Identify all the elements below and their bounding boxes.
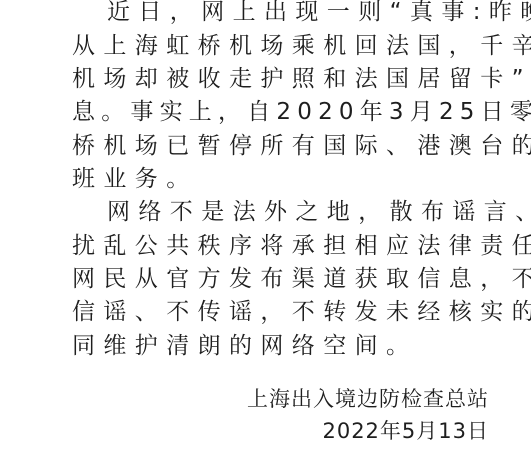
signature-organization: 上海出入境边防检查总站 — [247, 384, 489, 414]
paragraph-1-line-3: 机场却被收走护照和法国居留卡”的虚假信 — [72, 63, 531, 96]
paragraph-2-line-3: 网民从官方发布渠道获取信息，不造谣、不 — [72, 263, 531, 296]
paragraph-2-line-5: 同维护清朗的网络空间。 — [72, 330, 417, 363]
paragraph-1-line-1: 近日，网上出现一则“真事:昨晚两个朋友 — [107, 0, 531, 29]
paragraph-1-line-4: 息。事实上，自2020年3月25日零时起，虹 — [72, 96, 531, 129]
paragraph-1-line-6: 班业务。 — [72, 163, 198, 196]
paragraph-1-line-2: 从上海虹桥机场乘机回法国，千辛万苦到了 — [72, 30, 531, 63]
paragraph-1-line-5: 桥机场已暂停所有国际、港澳台的进出港航 — [72, 130, 531, 163]
paragraph-2-line-2: 扰乱公共秩序将承担相应法律责任。请广大 — [72, 230, 531, 263]
paragraph-2-line-1: 网络不是法外之地，散布谣言、虚构事实 — [107, 196, 531, 229]
paragraph-2-line-4: 信谣、不传谣，不转发未经核实的信息，共 — [72, 296, 531, 329]
signature-date: 2022年5月13日 — [322, 416, 489, 446]
